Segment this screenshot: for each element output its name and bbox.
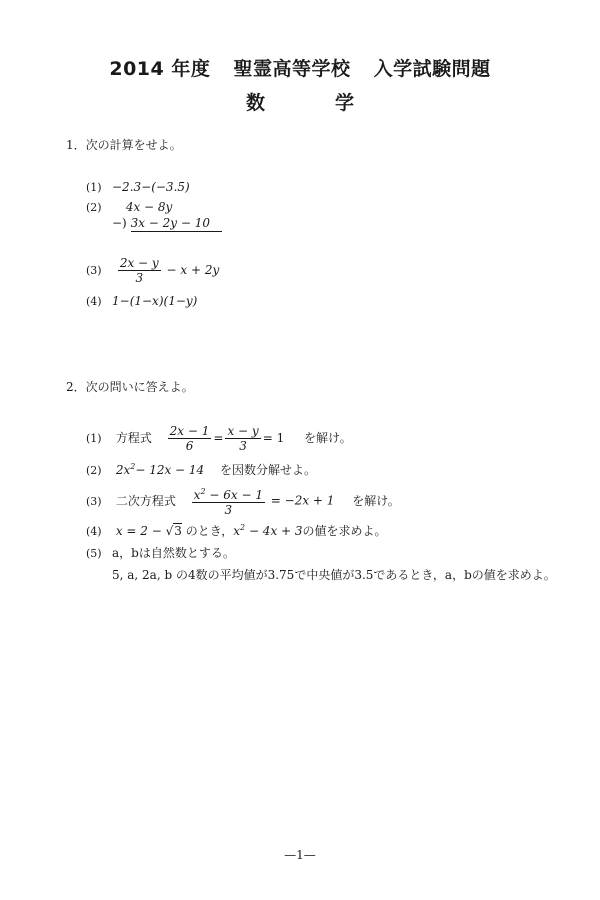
denominator: 3 <box>135 271 143 285</box>
item-number: (3) <box>86 264 112 277</box>
denominator: 6 <box>186 439 194 453</box>
condition: a，bは自然数とする。 <box>112 546 235 560</box>
expression-line-1: 4x − 8y <box>126 200 173 214</box>
denominator: 3 <box>239 439 247 453</box>
q1-heading: 1．次の計算をせよ。 <box>66 136 182 153</box>
q2-item-1: (1) 方程式 2x − 16=x − y3= 1 を解け。 <box>86 424 352 453</box>
term: − 12x − 14 <box>135 463 204 477</box>
subtract-sign: −) <box>112 216 127 230</box>
item-number: (1) <box>86 432 112 445</box>
equals: = <box>213 431 223 445</box>
label: 二次方程式 <box>116 494 176 508</box>
exam-name: 入学試験問題 <box>374 58 491 80</box>
fraction-1: 2x − 16 <box>168 424 212 453</box>
q1-item-2: (2) 4x − 8y <box>86 200 172 214</box>
q1-item-3: (3) 2x − y3 − x + 2y <box>86 256 219 285</box>
fraction: 2x − y3 <box>118 256 161 285</box>
item-number: (3) <box>86 495 112 508</box>
q2-item-5: (5)a，bは自然数とする。 <box>86 544 235 561</box>
q1-item-4: (4)1−(1−x)(1−y) <box>86 294 197 308</box>
expression: 1−(1−x)(1−y) <box>112 294 197 308</box>
instruction: を解け。 <box>352 494 400 508</box>
item-number: (5) <box>86 547 112 560</box>
numerator: x2 − 6x − 1 <box>192 485 265 503</box>
label: 方程式 <box>116 431 152 445</box>
expression-line-2: 3x − 2y − 10 <box>131 216 222 232</box>
expression: −2.3−(−3.5) <box>112 180 190 194</box>
subject-char-1: 数 <box>246 92 265 114</box>
q1-item-1: (1)−2.3−(−3.5) <box>86 180 190 194</box>
equals-one: = 1 <box>263 431 285 445</box>
expression: 2x2− 12x − 14 <box>116 463 204 477</box>
item-number: (2) <box>86 464 112 477</box>
instruction: を因数分解せよ。 <box>220 463 316 477</box>
item-number: (1) <box>86 181 112 194</box>
expression: x2 − 4x + 3 <box>233 524 302 538</box>
q2-heading: 2．次の問いに答えよ。 <box>66 378 194 395</box>
radicand: 3 <box>173 523 182 538</box>
q2-item-5-line-2: 5, a, 2a, b の4数の平均値が3.75で中央値が3.5であるとき，a，… <box>112 566 556 583</box>
q2-item-4: (4) x = 2 − √3 のとき，x2 − 4x + 3の値を求めよ。 <box>86 522 387 539</box>
item-number: (2) <box>86 201 112 214</box>
page-number: —1— <box>0 848 600 862</box>
fraction: x2 − 6x − 13 <box>192 485 265 517</box>
subject-title: 数学 <box>0 88 600 115</box>
numerator: 2x − y <box>118 256 161 271</box>
q2-item-2: (2) 2x2− 12x − 14 を因数分解せよ。 <box>86 461 316 478</box>
subject-char-2: 学 <box>335 92 354 114</box>
expression: − x + 2y <box>167 263 220 277</box>
school-name: 聖霊高等学校 <box>233 58 350 80</box>
denominator: 3 <box>224 503 232 517</box>
q1-item-2-subtract: −) 3x − 2y − 10 <box>112 216 222 230</box>
item-number: (4) <box>86 525 112 538</box>
term: x <box>233 524 240 538</box>
text: のとき， <box>182 524 233 538</box>
instruction: の値を求めよ。 <box>303 524 387 538</box>
term: − 6x − 1 <box>206 488 263 502</box>
item-number: (4) <box>86 295 112 308</box>
term: 2x <box>116 463 130 477</box>
numerator: 2x − 1 <box>168 424 212 439</box>
exam-title: 2014 年度 聖霊高等学校 入学試験問題 <box>0 54 600 81</box>
q2-item-3: (3) 二次方程式 x2 − 6x − 13 = −2x + 1 を解け。 <box>86 485 400 517</box>
exam-year: 2014 年度 <box>109 58 210 80</box>
term: − 4x + 3 <box>245 524 302 538</box>
instruction: を解け。 <box>304 431 352 445</box>
expression: x = 2 − <box>116 524 166 538</box>
right-hand-side: = −2x + 1 <box>271 494 335 508</box>
fraction-2: x − y3 <box>225 424 260 453</box>
numerator: x − y <box>225 424 260 439</box>
